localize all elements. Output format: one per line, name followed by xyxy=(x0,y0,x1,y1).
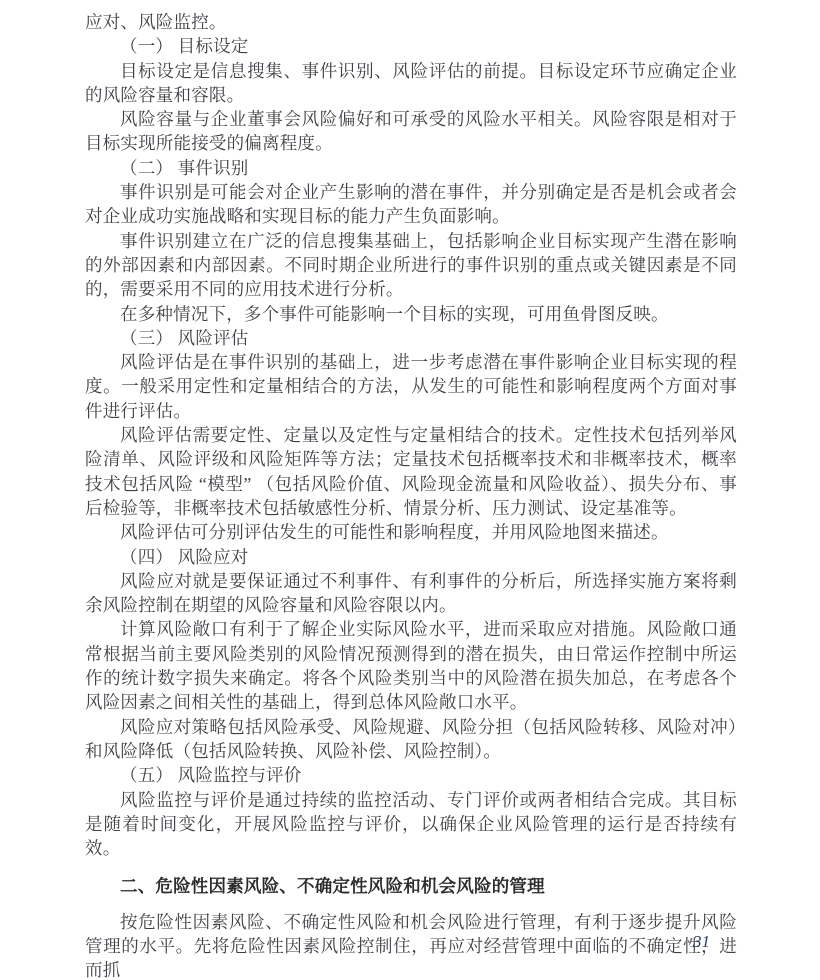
subsection-heading: （四） 风险应对 xyxy=(85,545,737,569)
subsection-heading: （三） 风险评估 xyxy=(85,326,737,350)
body-paragraph: 风险容量与企业董事会风险偏好和可承受的风险水平相关。风险容限是相对于目标实现所能… xyxy=(85,107,737,156)
body-paragraph: 风险监控与评价是通过持续的监控活动、专门评价或两者相结合完成。其目标是随着时间变… xyxy=(85,788,737,861)
document-body: 应对、风险监控。（一） 目标设定目标设定是信息搜集、事件识别、风险评估的前提。目… xyxy=(85,10,737,980)
page-number: 31 xyxy=(693,932,710,952)
body-paragraph: 目标设定是信息搜集、事件识别、风险评估的前提。目标设定环节应确定企业的风险容量和… xyxy=(85,59,737,108)
body-paragraph: 风险应对策略包括风险承受、风险规避、风险分担（包括风险转移、风险对冲）和风险降低… xyxy=(85,715,737,764)
subsection-heading: （一） 目标设定 xyxy=(85,34,737,58)
body-paragraph: 风险评估需要定性、定量以及定性与定量相结合的技术。定性技术包括列举风险清单、风险… xyxy=(85,423,737,520)
subsection-heading: （五） 风险监控与评价 xyxy=(85,763,737,787)
body-paragraph: 事件识别是可能会对企业产生影响的潜在事件，并分别确定是否是机会或者会对企业成功实… xyxy=(85,180,737,229)
section-heading: 二、危险性因素风险、不确定性风险和机会风险的管理 xyxy=(85,874,737,898)
body-paragraph: 按危险性因素风险、不确定性风险和机会风险进行管理，有利于逐步提升风险管理的水平。… xyxy=(85,910,737,980)
subsection-heading: （二） 事件识别 xyxy=(85,156,737,180)
body-paragraph: 风险评估是在事件识别的基础上，进一步考虑潜在事件影响企业目标实现的程度。一般采用… xyxy=(85,350,737,423)
body-paragraph: 风险评估可分别评估发生的可能性和影响程度，并用风险地图来描述。 xyxy=(85,520,737,544)
body-paragraph: 计算风险敞口有利于了解企业实际风险水平，进而采取应对措施。风险敞口通常根据当前主… xyxy=(85,617,737,714)
body-paragraph: 事件识别建立在广泛的信息搜集基础上，包括影响企业目标实现产生潜在影响的外部因素和… xyxy=(85,229,737,302)
body-paragraph: 在多种情况下，多个事件可能影响一个目标的实现，可用鱼骨图反映。 xyxy=(85,302,737,326)
document-page: 应对、风险监控。（一） 目标设定目标设定是信息搜集、事件识别、风险评估的前提。目… xyxy=(0,0,820,980)
continuation-line: 应对、风险监控。 xyxy=(85,10,737,34)
body-paragraph: 风险应对就是要保证通过不利事件、有利事件的分析后，所选择实施方案将剩余风险控制在… xyxy=(85,569,737,618)
